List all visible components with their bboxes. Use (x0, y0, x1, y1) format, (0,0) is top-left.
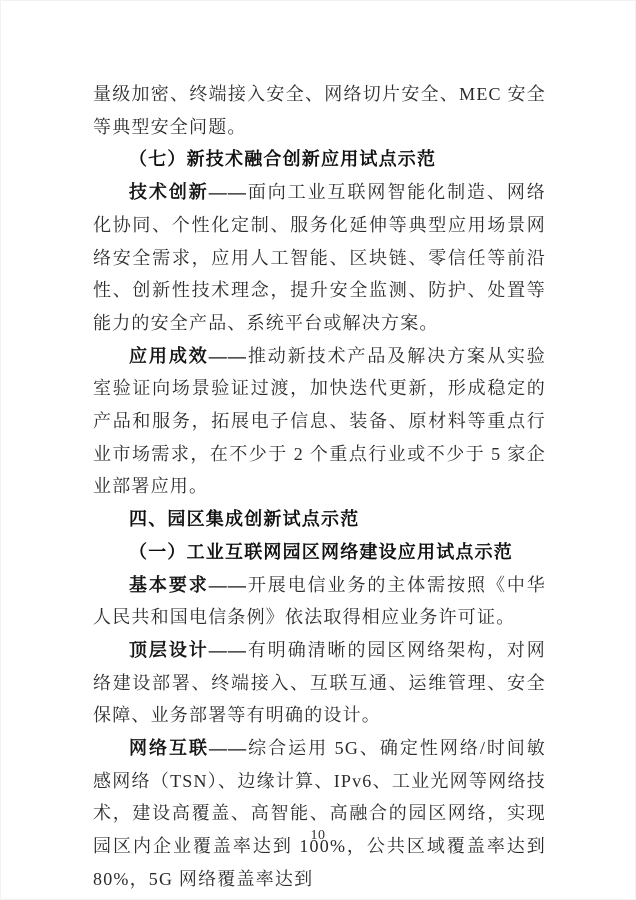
paragraph-network-interconnection: 网络互联——综合运用 5G、确定性网络/时间敏感网络（TSN）、边缘计算、IPv… (93, 732, 546, 896)
paragraph-lead: 基本要求—— (129, 575, 247, 595)
document-text-block: 量级加密、终端接入安全、网络切片安全、MEC 安全等典型安全问题。 （七）新技术… (93, 78, 546, 896)
paragraph-text: 量级加密、终端接入安全、网络切片安全、MEC 安全等典型安全问题。 (93, 84, 546, 137)
paragraph-lead: 顶层设计—— (129, 640, 247, 660)
paragraph-basic-requirements: 基本要求——开展电信业务的主体需按照《中华人民共和国电信条例》依法取得相应业务许… (93, 569, 546, 634)
heading-section-4-1: （一）工业互联网园区网络建设应用试点示范 (93, 536, 546, 569)
paragraph-continuation: 量级加密、终端接入安全、网络切片安全、MEC 安全等典型安全问题。 (93, 78, 546, 143)
paragraph-lead: 技术创新—— (129, 182, 247, 202)
paragraph-text: 综合运用 5G、确定性网络/时间敏感网络（TSN）、边缘计算、IPv6、工业光网… (93, 738, 546, 889)
heading-section-7: （七）新技术融合创新应用试点示范 (93, 143, 546, 176)
paragraph-text: 面向工业互联网智能化制造、网络化协同、个性化定制、服务化延伸等典型应用场景网络安… (93, 182, 546, 333)
paragraph-lead: 网络互联—— (129, 738, 247, 758)
paragraph-top-level-design: 顶层设计——有明确清晰的园区网络架构，对网络建设部署、终端接入、互联互通、运维管… (93, 634, 546, 732)
paragraph-application-results: 应用成效——推动新技术产品及解决方案从实验室验证向场景验证过渡，加快迭代更新，形… (93, 340, 546, 504)
paragraph-lead: 应用成效—— (129, 346, 247, 366)
paragraph-tech-innovation: 技术创新——面向工业互联网智能化制造、网络化协同、个性化定制、服务化延伸等典型应… (93, 176, 546, 340)
heading-section-4: 四、园区集成创新试点示范 (93, 503, 546, 536)
paragraph-text: 推动新技术产品及解决方案从实验室验证向场景验证过渡，加快迭代更新，形成稳定的产品… (93, 346, 546, 497)
page-number: 10 (0, 828, 636, 844)
document-page: 量级加密、终端接入安全、网络切片安全、MEC 安全等典型安全问题。 （七）新技术… (0, 0, 636, 900)
